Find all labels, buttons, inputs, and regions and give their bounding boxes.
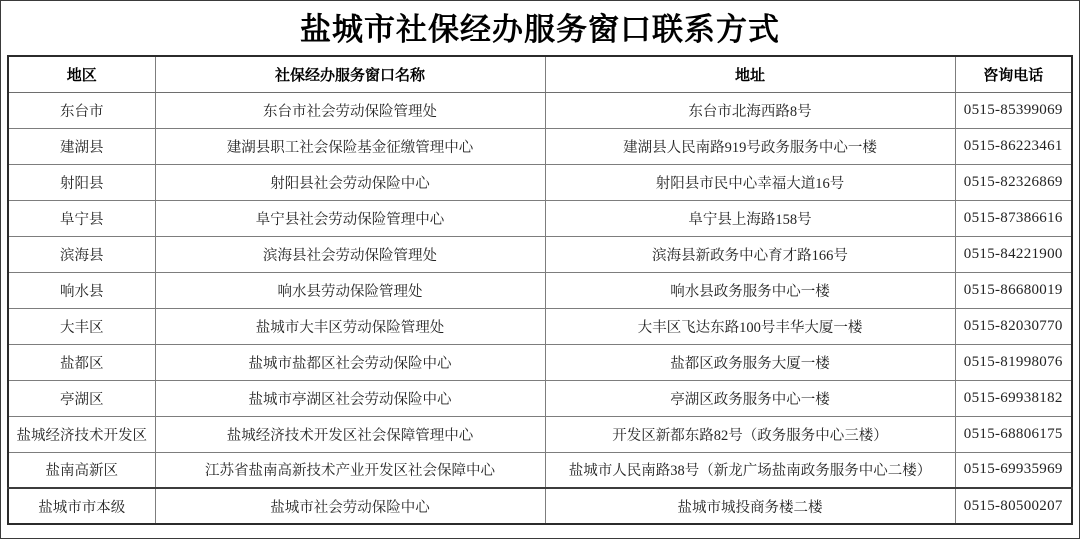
address-cell: 射阳县市民中心幸福大道16号 xyxy=(545,164,955,200)
table-body: 东台市 东台市社会劳动保险管理处 东台市北海西路8号 0515-85399069… xyxy=(8,92,1072,524)
page-title: 盐城市社保经办服务窗口联系方式 xyxy=(1,1,1079,55)
table-row: 滨海县 滨海县社会劳动保险管理处 滨海县新政务中心育才路166号 0515-84… xyxy=(8,236,1072,272)
header-row: 地区 社保经办服务窗口名称 地址 咨询电话 xyxy=(8,56,1072,92)
address-cell: 亭湖区政务服务中心一楼 xyxy=(545,380,955,416)
table-row: 盐城市市本级 盐城市社会劳动保险中心 盐城市城投商务楼二楼 0515-80500… xyxy=(8,488,1072,524)
phone-cell: 0515-68806175 xyxy=(955,416,1072,452)
table-row: 大丰区 盐城市大丰区劳动保险管理处 大丰区飞达东路100号丰华大厦一楼 0515… xyxy=(8,308,1072,344)
phone-cell: 0515-85399069 xyxy=(955,92,1072,128)
region-cell: 阜宁县 xyxy=(8,200,155,236)
table-row: 响水县 响水县劳动保险管理处 响水县政务服务中心一楼 0515-86680019 xyxy=(8,272,1072,308)
name-cell: 响水县劳动保险管理处 xyxy=(155,272,545,308)
table-row: 阜宁县 阜宁县社会劳动保险管理中心 阜宁县上海路158号 0515-873866… xyxy=(8,200,1072,236)
region-cell: 滨海县 xyxy=(8,236,155,272)
region-cell: 盐都区 xyxy=(8,344,155,380)
address-cell: 阜宁县上海路158号 xyxy=(545,200,955,236)
region-cell: 亭湖区 xyxy=(8,380,155,416)
column-header-phone: 咨询电话 xyxy=(955,56,1072,92)
address-cell: 盐都区政务服务大厦一楼 xyxy=(545,344,955,380)
table-row: 亭湖区 盐城市亭湖区社会劳动保险中心 亭湖区政务服务中心一楼 0515-6993… xyxy=(8,380,1072,416)
phone-cell: 0515-86680019 xyxy=(955,272,1072,308)
column-header-name: 社保经办服务窗口名称 xyxy=(155,56,545,92)
address-cell: 建湖县人民南路919号政务服务中心一楼 xyxy=(545,128,955,164)
address-cell: 盐城市城投商务楼二楼 xyxy=(545,488,955,524)
name-cell: 盐城市盐都区社会劳动保险中心 xyxy=(155,344,545,380)
phone-cell: 0515-69938182 xyxy=(955,380,1072,416)
address-cell: 盐城市人民南路38号（新龙广场盐南政务服务中心二楼） xyxy=(545,452,955,488)
column-header-address: 地址 xyxy=(545,56,955,92)
address-cell: 滨海县新政务中心育才路166号 xyxy=(545,236,955,272)
page: { "title": "盐城市社保经办服务窗口联系方式", "table": {… xyxy=(0,0,1080,539)
name-cell: 盐城市社会劳动保险中心 xyxy=(155,488,545,524)
region-cell: 大丰区 xyxy=(8,308,155,344)
table-row: 射阳县 射阳县社会劳动保险中心 射阳县市民中心幸福大道16号 0515-8232… xyxy=(8,164,1072,200)
phone-cell: 0515-81998076 xyxy=(955,344,1072,380)
phone-cell: 0515-87386616 xyxy=(955,200,1072,236)
table-header: 地区 社保经办服务窗口名称 地址 咨询电话 xyxy=(8,56,1072,92)
address-cell: 东台市北海西路8号 xyxy=(545,92,955,128)
phone-cell: 0515-84221900 xyxy=(955,236,1072,272)
region-cell: 东台市 xyxy=(8,92,155,128)
table-row: 东台市 东台市社会劳动保险管理处 东台市北海西路8号 0515-85399069 xyxy=(8,92,1072,128)
phone-cell: 0515-80500207 xyxy=(955,488,1072,524)
table-row: 盐都区 盐城市盐都区社会劳动保险中心 盐都区政务服务大厦一楼 0515-8199… xyxy=(8,344,1072,380)
region-cell: 射阳县 xyxy=(8,164,155,200)
name-cell: 盐城经济技术开发区社会保障管理中心 xyxy=(155,416,545,452)
phone-cell: 0515-82030770 xyxy=(955,308,1072,344)
region-cell: 响水县 xyxy=(8,272,155,308)
name-cell: 射阳县社会劳动保险中心 xyxy=(155,164,545,200)
address-cell: 大丰区飞达东路100号丰华大厦一楼 xyxy=(545,308,955,344)
name-cell: 盐城市亭湖区社会劳动保险中心 xyxy=(155,380,545,416)
phone-cell: 0515-69935969 xyxy=(955,452,1072,488)
region-cell: 建湖县 xyxy=(8,128,155,164)
phone-cell: 0515-82326869 xyxy=(955,164,1072,200)
region-cell: 盐城经济技术开发区 xyxy=(8,416,155,452)
contact-table: 地区 社保经办服务窗口名称 地址 咨询电话 东台市 东台市社会劳动保险管理处 东… xyxy=(7,55,1073,525)
region-cell: 盐南高新区 xyxy=(8,452,155,488)
region-cell: 盐城市市本级 xyxy=(8,488,155,524)
table-row: 建湖县 建湖县职工社会保险基金征缴管理中心 建湖县人民南路919号政务服务中心一… xyxy=(8,128,1072,164)
table-row: 盐南高新区 江苏省盐南高新技术产业开发区社会保障中心 盐城市人民南路38号（新龙… xyxy=(8,452,1072,488)
address-cell: 响水县政务服务中心一楼 xyxy=(545,272,955,308)
address-cell: 开发区新都东路82号（政务服务中心三楼） xyxy=(545,416,955,452)
table-row: 盐城经济技术开发区 盐城经济技术开发区社会保障管理中心 开发区新都东路82号（政… xyxy=(8,416,1072,452)
name-cell: 建湖县职工社会保险基金征缴管理中心 xyxy=(155,128,545,164)
name-cell: 江苏省盐南高新技术产业开发区社会保障中心 xyxy=(155,452,545,488)
column-header-region: 地区 xyxy=(8,56,155,92)
name-cell: 阜宁县社会劳动保险管理中心 xyxy=(155,200,545,236)
phone-cell: 0515-86223461 xyxy=(955,128,1072,164)
name-cell: 盐城市大丰区劳动保险管理处 xyxy=(155,308,545,344)
name-cell: 东台市社会劳动保险管理处 xyxy=(155,92,545,128)
name-cell: 滨海县社会劳动保险管理处 xyxy=(155,236,545,272)
